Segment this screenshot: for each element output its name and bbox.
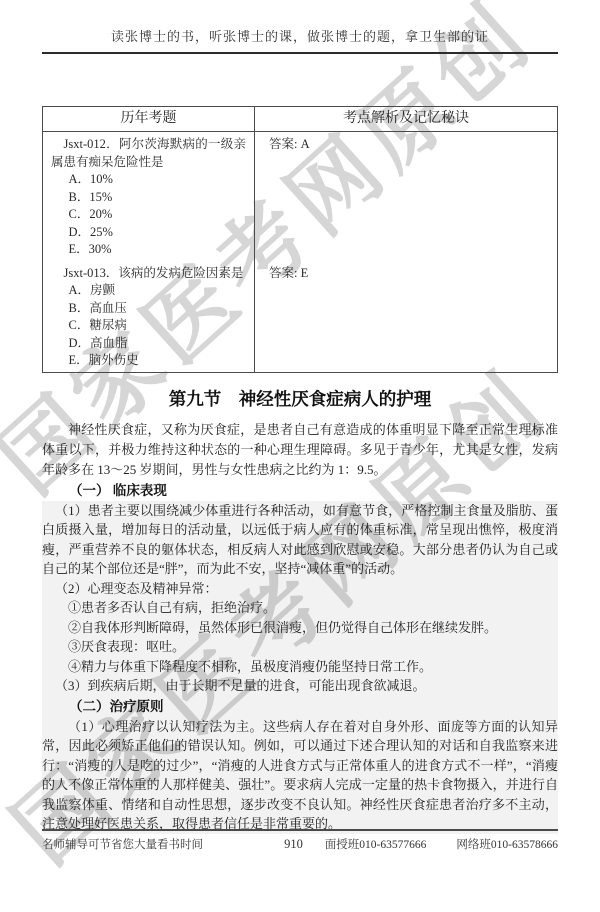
page-number: 910: [284, 837, 303, 852]
option-b: B．15%: [51, 189, 246, 207]
option-c: C．20%: [51, 206, 246, 224]
clinical-item-3: ③厌食表现：呕吐。: [42, 637, 558, 657]
clinical-block: （1）患者主要以围绕减少体重进行各种活动，如有意节食，严格控制主食量及脂肪、蛋白…: [42, 501, 558, 696]
treatment-heading: （二）治疗原则: [42, 696, 558, 717]
page-footer: 名师辅导可节省您大量看书时间 910 面授班010-63577666 网络班01…: [42, 829, 558, 852]
clinical-paragraph-1: （1）患者主要以围绕减少体重进行各种活动，如有意节食，严格控制主食量及脂肪、蛋白…: [42, 501, 558, 579]
clinical-item-2: ②自我体形判断障碍，虽然体形已很消瘦，但仍觉得自己体形在继续发胖。: [42, 618, 558, 638]
question-cell: Jsxt-012．阿尔茨海默病的一级亲属患有痴呆危险性是 A．10% B．15%…: [43, 132, 255, 261]
question-text: Jsxt-012．阿尔茨海默病的一级亲属患有痴呆危险性是: [51, 136, 246, 171]
option-d: D．高血脂: [51, 335, 246, 353]
option-b: B．高血压: [51, 300, 246, 318]
document-page: 国家医考网原创 国家医考网原创 读张博士的书，听张博士的课，做张博士的题，拿卫生…: [0, 0, 600, 912]
question-text: Jsxt-013．该病的发病危险因素是: [51, 265, 246, 283]
clinical-heading: （一） 临床表现: [42, 480, 558, 501]
footer-phone-onsite: 面授班010-63577666: [325, 836, 427, 852]
header-slogan: 读张博士的书，听张博士的课，做张博士的题，拿卫生部的证: [42, 0, 558, 54]
table-row: Jsxt-013．该病的发病危险因素是 A．房颤 B．高血压 C．糖尿病 D．高…: [43, 261, 557, 372]
question-cell: Jsxt-013．该病的发病危险因素是 A．房颤 B．高血压 C．糖尿病 D．高…: [43, 261, 255, 372]
treatment-block: （二）治疗原则 （1）心理治疗以认知疗法为主。这些病人存在着对自身外形、面庞等方…: [42, 696, 558, 834]
footer-tagline: 名师辅导可节省您大量看书时间: [42, 836, 284, 852]
option-a: A．房颤: [51, 282, 246, 300]
treatment-paragraph-1: （1）心理治疗以认知疗法为主。这些病人存在着对自身外形、面庞等方面的认知异常，因…: [42, 717, 558, 834]
answer-cell: 答案: A: [255, 132, 557, 261]
table-row: Jsxt-012．阿尔茨海默病的一级亲属患有痴呆危险性是 A．10% B．15%…: [43, 132, 557, 261]
exam-question-table: 历年考题 考点解析及记忆秘诀 Jsxt-012．阿尔茨海默病的一级亲属患有痴呆危…: [42, 106, 558, 373]
answer-text: 答案: A: [269, 136, 543, 154]
table-header-row: 历年考题 考点解析及记忆秘诀: [43, 107, 557, 132]
option-e: E．脑外伤史: [51, 352, 246, 370]
clinical-paragraph-2: （2）心理变态及精神异常：: [42, 579, 558, 599]
option-e: E．30%: [51, 241, 246, 259]
footer-phone-online: 网络班010-63578666: [456, 836, 558, 852]
clinical-paragraph-3: （3）到疾病后期，由于长期不足量的进食，可能出现食欲减退。: [42, 676, 558, 696]
option-a: A．10%: [51, 171, 246, 189]
clinical-item-1: ①患者多否认自己有病，拒绝治疗。: [42, 598, 558, 618]
clinical-item-4: ④精力与体重下降程度不相称，虽极度消瘦仍能坚持日常工作。: [42, 657, 558, 677]
section-title: 第九节 神经性厌食症病人的护理: [42, 387, 558, 411]
column-header-questions: 历年考题: [43, 107, 255, 131]
column-header-analysis: 考点解析及记忆秘诀: [255, 107, 557, 131]
option-d: D．25%: [51, 224, 246, 242]
page-content: 读张博士的书，听张博士的课，做张博士的题，拿卫生部的证 历年考题 考点解析及记忆…: [42, 0, 558, 834]
answer-cell: 答案: E: [255, 261, 557, 372]
intro-paragraph: 神经性厌食症，又称为厌食症，是患者自己有意造成的体重明显下降至正常生理标准体重以…: [42, 420, 558, 480]
answer-text: 答案: E: [269, 265, 543, 283]
option-c: C．糖尿病: [51, 317, 246, 335]
